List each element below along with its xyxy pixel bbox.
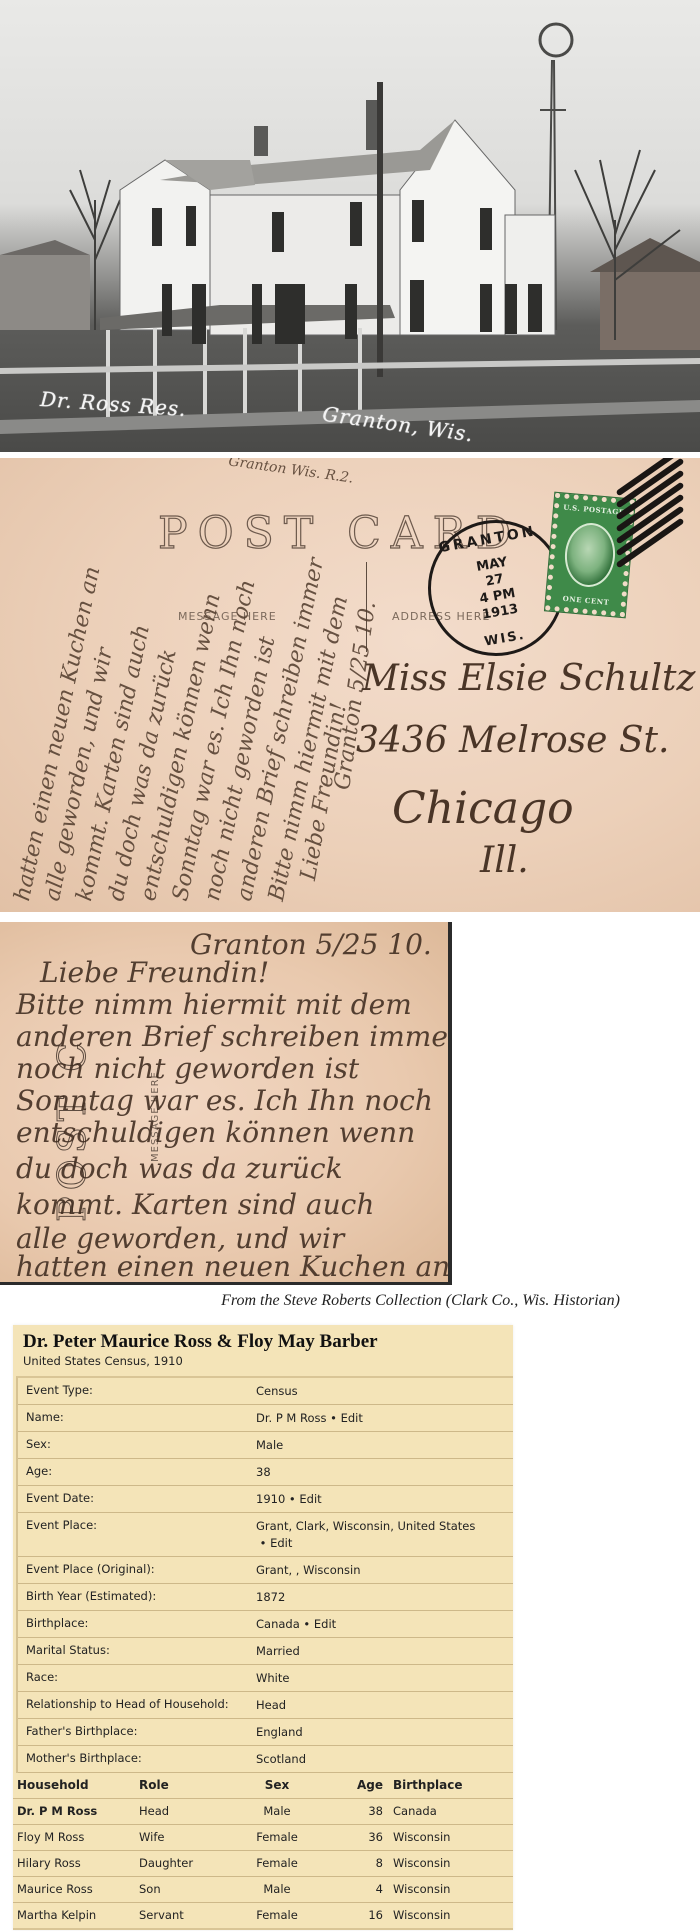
fragment-line: kommt. Karten sind auch bbox=[16, 1188, 374, 1221]
fact-label: Mother's Birthplace: bbox=[18, 1746, 256, 1765]
postmark-date: MAY 27 4 PM 1913 bbox=[427, 546, 566, 632]
member-name[interactable]: Martha Kelpin bbox=[13, 1903, 135, 1930]
fact-row-name: Name: Dr. P M Ross • Edit bbox=[18, 1405, 513, 1432]
address-city: Chicago bbox=[392, 783, 574, 834]
fact-value: 38 bbox=[256, 1459, 513, 1485]
fragment-line: noch nicht geworden ist bbox=[16, 1052, 359, 1085]
member-birthplace: Wisconsin bbox=[389, 1877, 513, 1903]
member-name[interactable]: Dr. P M Ross bbox=[13, 1799, 135, 1825]
fact-label: Event Place: bbox=[18, 1513, 256, 1532]
col-birthplace: Birthplace bbox=[389, 1773, 513, 1799]
fact-value-text: 38 bbox=[256, 1465, 271, 1479]
col-age: Age bbox=[319, 1773, 389, 1799]
fact-value: Married bbox=[256, 1638, 513, 1664]
fact-value: Head bbox=[256, 1692, 513, 1718]
fact-label: Age: bbox=[18, 1459, 256, 1478]
member-age: 4 bbox=[319, 1877, 389, 1903]
fact-value: Grant, Clark, Wisconsin, United States •… bbox=[256, 1513, 513, 1556]
fact-value-text: Head bbox=[256, 1698, 286, 1712]
member-sex: Female bbox=[231, 1825, 319, 1851]
member-age: 36 bbox=[319, 1825, 389, 1851]
facts-list: Event Type: Census Name: Dr. P M Ross • … bbox=[16, 1376, 513, 1773]
fact-label: Birthplace: bbox=[18, 1611, 256, 1630]
fact-value: Canada • Edit bbox=[256, 1611, 513, 1637]
member-sex: Male bbox=[231, 1799, 319, 1825]
household-header-row: Household Role Sex Age Birthplace bbox=[13, 1773, 513, 1799]
household-row: Dr. P M Ross Head Male 38 Canada bbox=[13, 1799, 513, 1825]
fragment-line: anderen Brief schreiben immer bbox=[16, 1020, 452, 1053]
fragment-line: Liebe Freundin! bbox=[40, 956, 269, 989]
fact-value-text: Scotland bbox=[256, 1752, 306, 1766]
col-sex: Sex bbox=[231, 1773, 319, 1799]
record-subtitle: United States Census, 1910 bbox=[13, 1353, 513, 1376]
member-sex: Male bbox=[231, 1877, 319, 1903]
house-illustration bbox=[0, 0, 700, 452]
fact-value-text: Census bbox=[256, 1384, 298, 1398]
edit-event-place-link[interactable]: Edit bbox=[270, 1536, 292, 1550]
col-household: Household bbox=[13, 1773, 135, 1799]
member-birthplace: Canada bbox=[389, 1799, 513, 1825]
fragment-line: Sonntag war es. Ich Ihn noch bbox=[16, 1084, 433, 1117]
fact-value-text: Married bbox=[256, 1644, 300, 1658]
address-name: Miss Elsie Schultz bbox=[362, 658, 695, 699]
fact-label: Event Place (Original): bbox=[18, 1557, 256, 1576]
address-state: Ill. bbox=[480, 840, 529, 881]
fact-row-event-type: Event Type: Census bbox=[18, 1378, 513, 1405]
cancellation-bars bbox=[610, 462, 690, 562]
fragment-line: Bitte nimm hiermit mit dem bbox=[16, 988, 412, 1021]
fact-value: England bbox=[256, 1719, 513, 1745]
household-row: Martha Kelpin Servant Female 16 Wisconsi… bbox=[13, 1903, 513, 1930]
fact-label: Race: bbox=[18, 1665, 256, 1684]
member-age: 38 bbox=[319, 1799, 389, 1825]
member-age: 8 bbox=[319, 1851, 389, 1877]
collection-caption: From the Steve Roberts Collection (Clark… bbox=[0, 1292, 620, 1310]
fact-row-event-place: Event Place: Grant, Clark, Wisconsin, Un… bbox=[18, 1513, 513, 1557]
fact-label: Father's Birthplace: bbox=[18, 1719, 256, 1738]
fragment-line: du doch was da zurück bbox=[16, 1152, 343, 1185]
fact-value: Grant, , Wisconsin bbox=[256, 1557, 513, 1583]
fact-label: Marital Status: bbox=[18, 1638, 256, 1657]
member-sex: Female bbox=[231, 1903, 319, 1930]
fact-label: Relationship to Head of Household: bbox=[18, 1692, 256, 1711]
address-street: 3436 Melrose St. bbox=[356, 720, 669, 761]
fact-label: Event Type: bbox=[18, 1378, 256, 1397]
fact-value-text: 1872 bbox=[256, 1590, 285, 1604]
fact-label: Sex: bbox=[18, 1432, 256, 1451]
edit-birthplace-link[interactable]: Edit bbox=[314, 1617, 336, 1631]
col-role: Role bbox=[135, 1773, 231, 1799]
fact-label: Event Date: bbox=[18, 1486, 256, 1505]
fact-value: 1910 • Edit bbox=[256, 1486, 513, 1512]
postcard-back: POST CARD MESSAGE HERE ADDRESS HERE Gran… bbox=[0, 458, 700, 912]
member-age: 16 bbox=[319, 1903, 389, 1930]
fact-value: Male bbox=[256, 1432, 513, 1458]
fact-label: Name: bbox=[18, 1405, 256, 1424]
fact-row-father-birthplace: Father's Birthplace: England bbox=[18, 1719, 513, 1746]
fact-value-text: 1910 bbox=[256, 1492, 285, 1506]
household-table: Household Role Sex Age Birthplace Dr. P … bbox=[13, 1773, 513, 1930]
fact-value: White bbox=[256, 1665, 513, 1691]
member-name[interactable]: Maurice Ross bbox=[13, 1877, 135, 1903]
fact-row-mother-birthplace: Mother's Birthplace: Scotland bbox=[18, 1746, 513, 1773]
member-role: Wife bbox=[135, 1825, 231, 1851]
edit-name-link[interactable]: Edit bbox=[341, 1411, 363, 1425]
census-record: Dr. Peter Maurice Ross & Floy May Barber… bbox=[13, 1325, 513, 1930]
fact-value: Scotland bbox=[256, 1746, 513, 1772]
member-sex: Female bbox=[231, 1851, 319, 1877]
fact-value-text: White bbox=[256, 1671, 289, 1685]
member-role: Servant bbox=[135, 1903, 231, 1930]
member-name[interactable]: Floy M Ross bbox=[13, 1825, 135, 1851]
fact-value-text: England bbox=[256, 1725, 303, 1739]
fact-value: Dr. P M Ross • Edit bbox=[256, 1405, 513, 1431]
fact-value: Census bbox=[256, 1378, 513, 1404]
postcard-fragment: POST C MESSAGE HERE Granton 5/25 10. Lie… bbox=[0, 922, 452, 1285]
household-row: Hilary Ross Daughter Female 8 Wisconsin bbox=[13, 1851, 513, 1877]
fact-value-text: Dr. P M Ross bbox=[256, 1411, 327, 1425]
fact-row-event-date: Event Date: 1910 • Edit bbox=[18, 1486, 513, 1513]
fact-row-birthplace: Birthplace: Canada • Edit bbox=[18, 1611, 513, 1638]
member-role: Daughter bbox=[135, 1851, 231, 1877]
member-birthplace: Wisconsin bbox=[389, 1903, 513, 1930]
fact-value-text: Grant, , Wisconsin bbox=[256, 1563, 361, 1577]
fact-row-relationship: Relationship to Head of Household: Head bbox=[18, 1692, 513, 1719]
fact-value-text: Grant, Clark, Wisconsin, United States bbox=[256, 1519, 475, 1533]
fact-row-age: Age: 38 bbox=[18, 1459, 513, 1486]
member-name[interactable]: Hilary Ross bbox=[13, 1851, 135, 1877]
fact-row-marital-status: Marital Status: Married bbox=[18, 1638, 513, 1665]
fact-label: Birth Year (Estimated): bbox=[18, 1584, 256, 1603]
fact-row-sex: Sex: Male bbox=[18, 1432, 513, 1459]
household-row: Maurice Ross Son Male 4 Wisconsin bbox=[13, 1877, 513, 1903]
member-birthplace: Wisconsin bbox=[389, 1851, 513, 1877]
fragment-line: entschuldigen können wenn bbox=[16, 1116, 415, 1149]
stamp-bottom-text: ONE CENT bbox=[562, 594, 609, 607]
household-row: Floy M Ross Wife Female 36 Wisconsin bbox=[13, 1825, 513, 1851]
edit-event-date-link[interactable]: Edit bbox=[299, 1492, 321, 1506]
fact-value-text: Male bbox=[256, 1438, 283, 1452]
member-role: Head bbox=[135, 1799, 231, 1825]
fact-row-birth-year: Birth Year (Estimated): 1872 bbox=[18, 1584, 513, 1611]
return-note: Granton Wis. R.2. bbox=[227, 458, 354, 487]
fragment-line: hatten einen neuen Kuchen an bbox=[16, 1250, 450, 1283]
member-role: Son bbox=[135, 1877, 231, 1903]
fact-row-event-place-original: Event Place (Original): Grant, , Wiscons… bbox=[18, 1557, 513, 1584]
fact-value: 1872 bbox=[256, 1584, 513, 1610]
record-title: Dr. Peter Maurice Ross & Floy May Barber bbox=[13, 1325, 513, 1353]
fact-value-text: Canada bbox=[256, 1617, 300, 1631]
house-photo: Dr. Ross Res. Granton, Wis. bbox=[0, 0, 700, 452]
fact-row-race: Race: White bbox=[18, 1665, 513, 1692]
member-birthplace: Wisconsin bbox=[389, 1825, 513, 1851]
